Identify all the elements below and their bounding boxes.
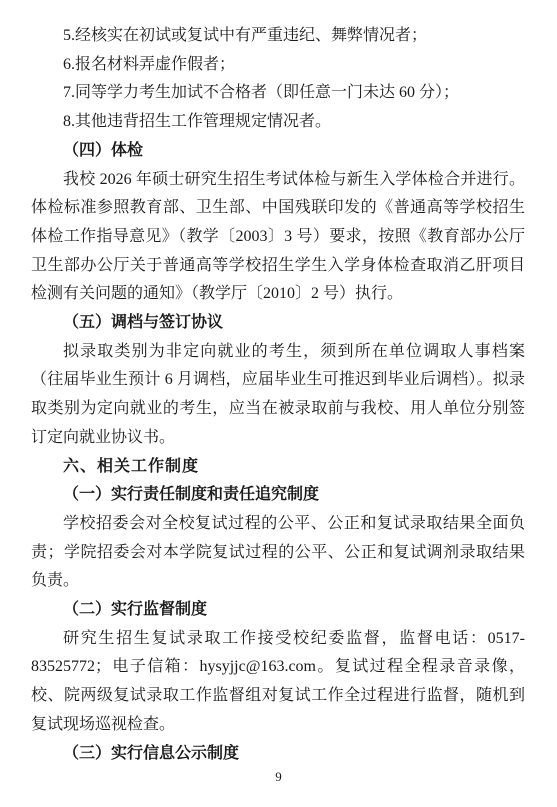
subsection-heading-publicity: （三）实行信息公示制度 [31, 740, 525, 769]
subsection-heading-archives: （五）调档与签订协议 [31, 309, 525, 338]
paragraph-physical-exam: 我校 2026 年硕士研究生招生考试体检与新生入学体检合并进行。体检标准参照教育… [31, 166, 525, 310]
subsection-heading-physical: （四）体检 [31, 137, 525, 166]
paragraph-liability: 学校招委会对全校复试过程的公平、公正和复试录取结果全面负责；学院招委会对本学院复… [31, 510, 525, 596]
list-item-7: 7.同等学力考生加试不合格者（即任意一门未达 60 分）； [31, 79, 525, 108]
subsection-heading-liability: （一）实行责任制度和责任追究制度 [31, 481, 525, 510]
paragraph-archives: 拟录取类别为非定向就业的考生，须到所在单位调取人事档案（往届毕业生预计 6 月调… [31, 338, 525, 453]
list-item-5: 5.经核实在初试或复试中有严重违纪、舞弊情况者； [31, 22, 525, 51]
list-item-8: 8.其他违背招生工作管理规定情况者。 [31, 108, 525, 137]
list-item-6: 6.报名材料弄虚作假者； [31, 51, 525, 80]
section-heading-six: 六、相关工作制度 [31, 453, 525, 482]
subsection-heading-supervise: （二）实行监督制度 [31, 596, 525, 625]
document-page: 5.经核实在初试或复试中有严重违纪、舞弊情况者；6.报名材料弄虚作假者；7.同等… [0, 0, 557, 807]
document-body: 5.经核实在初试或复试中有严重违纪、舞弊情况者；6.报名材料弄虚作假者；7.同等… [31, 22, 525, 768]
paragraph-supervise: 研究生招生复试录取工作接受校纪委监督，监督电话：0517-83525772；电子… [31, 625, 525, 740]
page-number: 9 [0, 768, 557, 786]
